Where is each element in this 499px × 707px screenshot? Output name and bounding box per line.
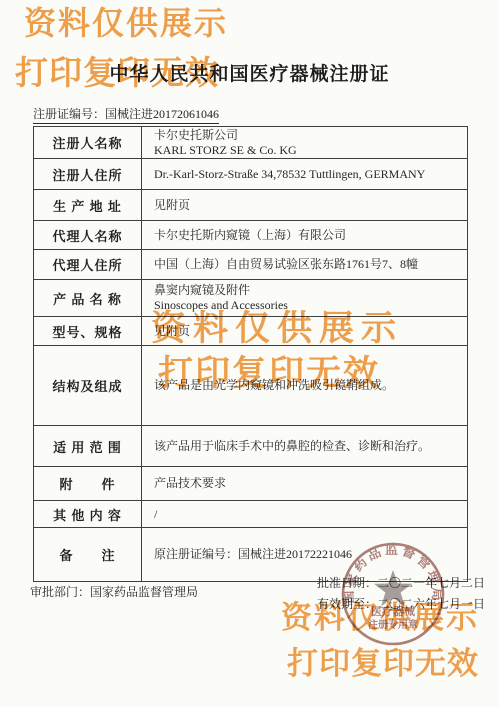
row-value: 该产品是由光学内窥镜和冲洗吸引镜鞘组成。 (142, 346, 467, 425)
row-label: 注册人住所 (34, 159, 142, 189)
table-row-scope: 适 用 范 围 该产品用于临床手术中的鼻腔的检查、诊断和治疗。 (34, 426, 467, 467)
row-value: Dr.-Karl-Storz-Straße 34,78532 Tuttlinge… (142, 159, 467, 189)
table-row-registrant-name: 注册人名称 卡尔史托斯公司 KARL STORZ SE & Co. KG (34, 127, 467, 159)
row-label: 型号、规格 (34, 317, 142, 345)
date-block: 批准日期：二〇二一年七月二日 有效期至：二〇二六年七月一日 (317, 573, 485, 615)
watermark-display-only-top: 资料仅供展示 (24, 7, 228, 39)
table-row-agent-address: 代理人住所 中国（上海）自由贸易试验区张东路1761号7、8幢 (34, 250, 467, 280)
row-label: 其 他 内 容 (34, 501, 142, 527)
row-value: 见附页 (142, 190, 467, 220)
certificate-title: 中华人民共和国医疗器械注册证 (0, 59, 499, 86)
row-label: 产 品 名 称 (34, 280, 142, 316)
table-row-structure: 结构及组成 该产品是由光学内窥镜和冲洗吸引镜鞘组成。 (34, 346, 467, 426)
table-row-production-address: 生 产 地 址 见附页 (34, 190, 467, 221)
approval-department: 审批部门：国家药品监督管理局 (30, 583, 198, 600)
row-label: 备 注 (34, 528, 142, 581)
row-value: 该产品用于临床手术中的鼻腔的检查、诊断和治疗。 (142, 426, 467, 466)
row-label: 附 件 (34, 467, 142, 500)
row-label: 结构及组成 (34, 346, 142, 425)
row-label: 代理人住所 (34, 250, 142, 279)
row-label: 注册人名称 (34, 127, 142, 158)
row-label: 生 产 地 址 (34, 190, 142, 220)
seal-text-registration: 注册专用章 (368, 618, 418, 631)
certificate-table: 注册人名称 卡尔史托斯公司 KARL STORZ SE & Co. KG 注册人… (33, 126, 468, 582)
watermark-print-invalid-bottom: 打印复印无效 (287, 649, 479, 680)
certificate-page: 资料仅供展示 打印复印无效 中华人民共和国医疗器械注册证 注册证编号：国械注进2… (0, 0, 499, 707)
table-row-agent-name: 代理人名称 卡尔史托斯内窥镜（上海）有限公司 (34, 221, 467, 250)
row-value: 产品技术要求 (142, 467, 467, 500)
table-row-attachment: 附 件 产品技术要求 (34, 467, 467, 501)
row-label: 适 用 范 围 (34, 426, 142, 466)
registration-number-value: 国械注进20172061046 (105, 107, 219, 121)
registration-number-label: 注册证编号： (33, 107, 105, 121)
table-row-other: 其 他 内 容 / (34, 501, 467, 528)
row-value: / (142, 501, 467, 527)
row-value: 鼻窦内窥镜及附件 Sinoscopes and Accessories (142, 280, 467, 316)
table-row-product-name: 产 品 名 称 鼻窦内窥镜及附件 Sinoscopes and Accessor… (34, 280, 467, 317)
valid-until-date: 有效期至：二〇二六年七月一日 (317, 594, 485, 615)
row-value: 见附页 (142, 317, 467, 345)
row-label: 代理人名称 (34, 221, 142, 249)
table-row-registrant-address: 注册人住所 Dr.-Karl-Storz-Straße 34,78532 Tut… (34, 159, 467, 190)
registration-number-line: 注册证编号：国械注进20172061046 (33, 105, 219, 124)
table-row-model-spec: 型号、规格 见附页 (34, 317, 467, 346)
row-value: 卡尔史托斯公司 KARL STORZ SE & Co. KG (142, 127, 467, 158)
row-value: 卡尔史托斯内窥镜（上海）有限公司 (142, 221, 467, 249)
row-value: 中国（上海）自由贸易试验区张东路1761号7、8幢 (142, 250, 467, 279)
approval-date: 批准日期：二〇二一年七月二日 (317, 573, 485, 594)
